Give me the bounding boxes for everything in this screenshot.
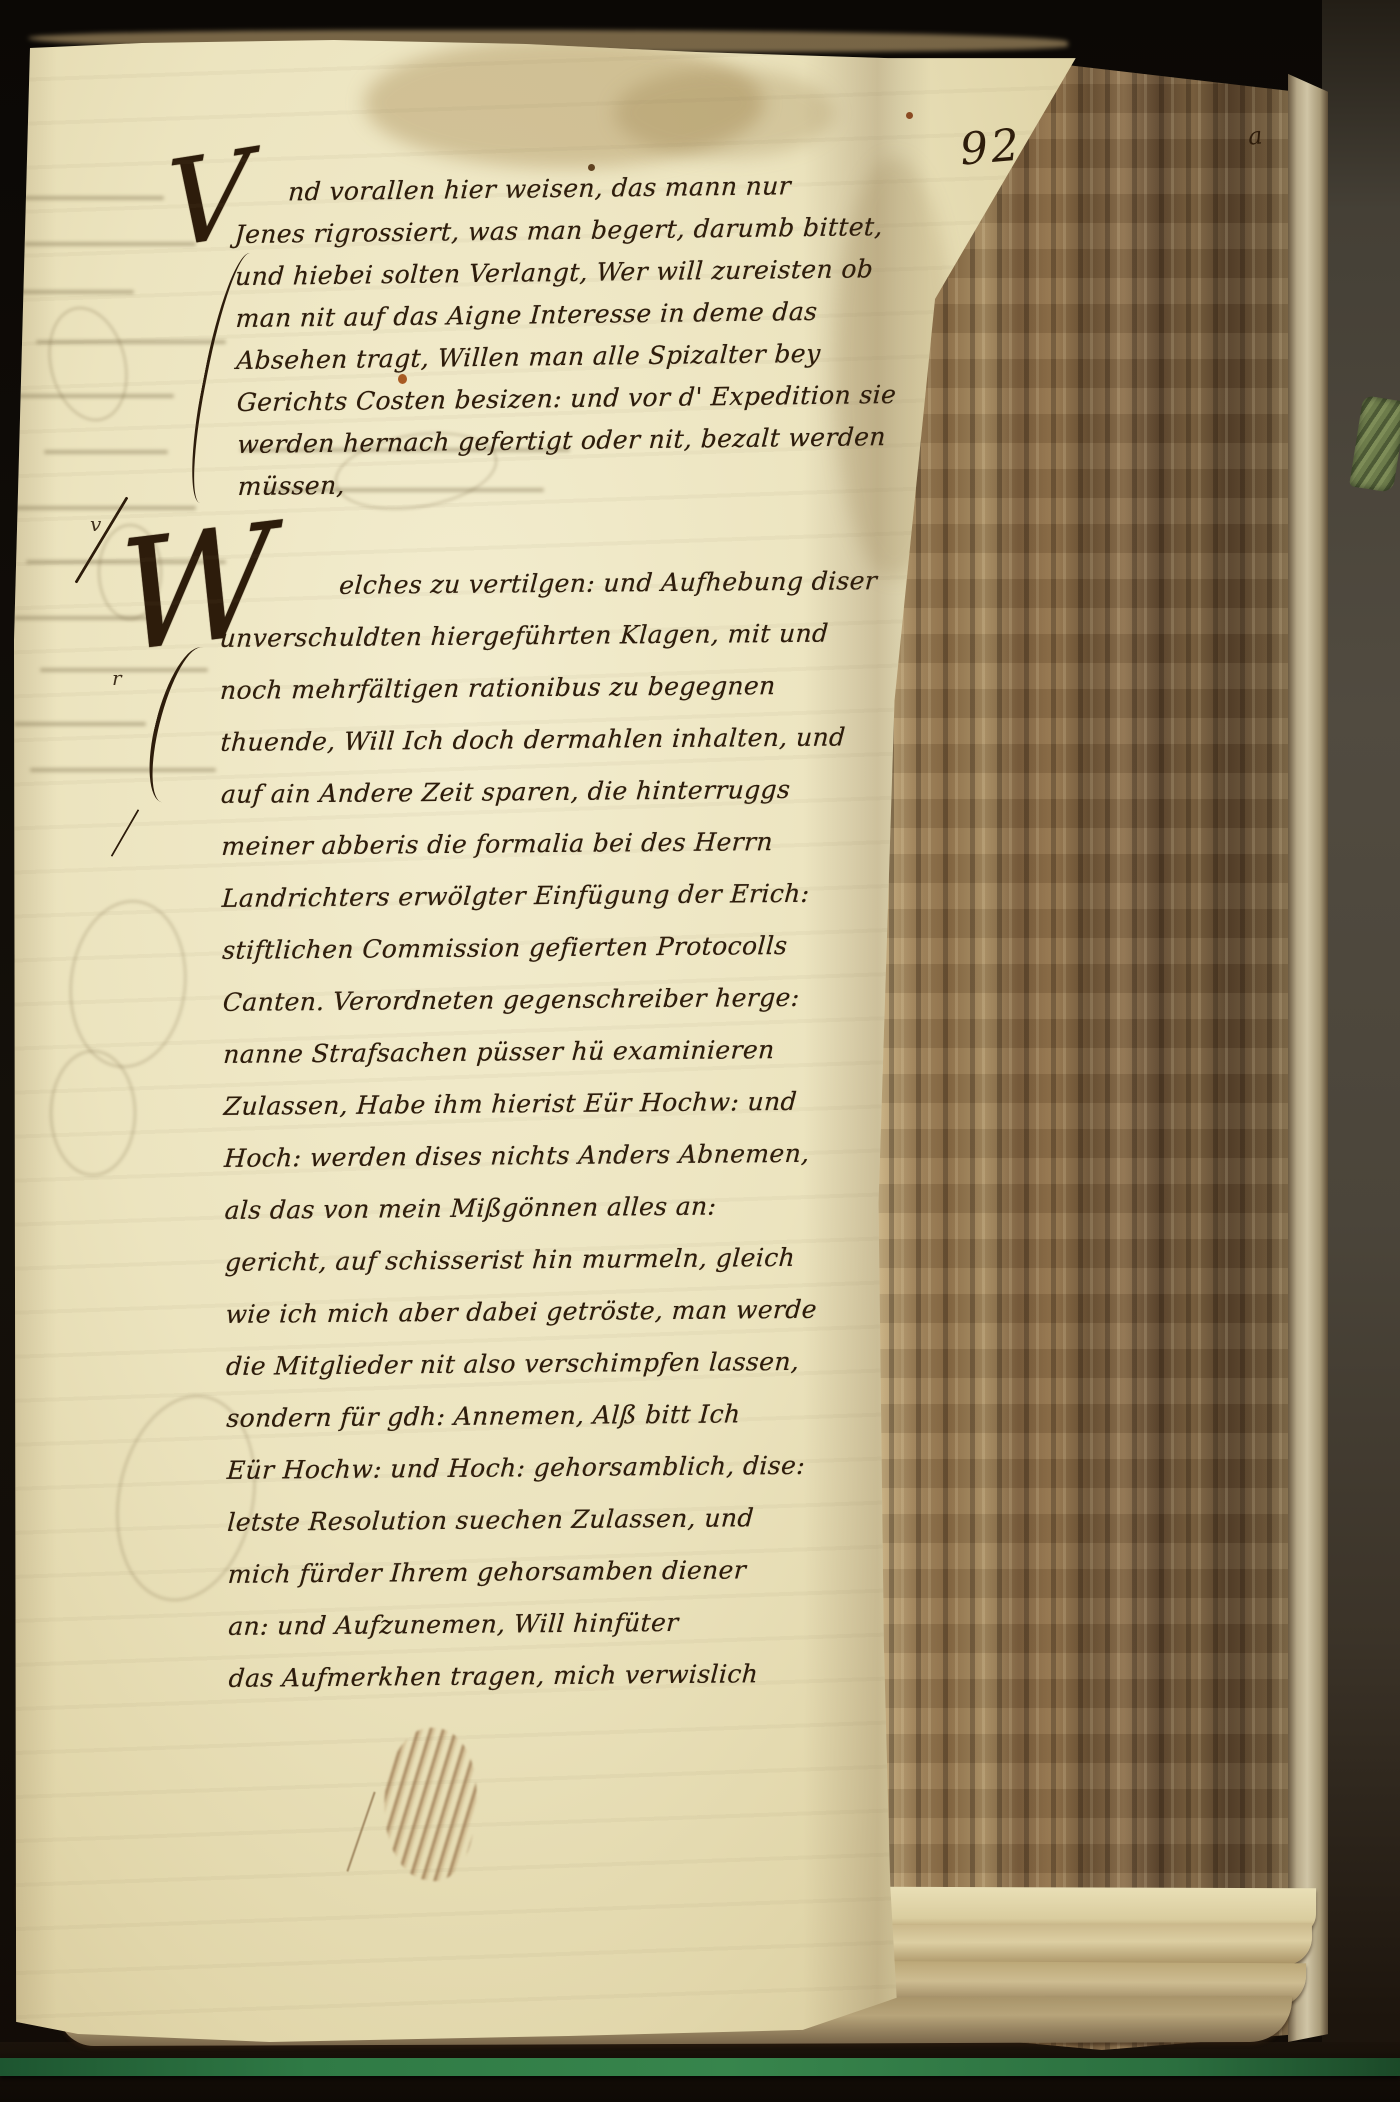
manuscript-line: stiftlichen Commission gefierten Protoco… xyxy=(221,919,882,977)
manuscript-line: elches zu vertilgen: und Aufhebung diser xyxy=(218,555,879,613)
manuscript-line: Canten. Verordneten gegenschreiber herge… xyxy=(221,971,882,1029)
bleedthrough-mark xyxy=(14,616,164,620)
manuscript-line: nanne Strafsachen püsser hü examinieren xyxy=(222,1023,883,1081)
fore-edge-note: a xyxy=(1247,123,1264,148)
bleedthrough-mark xyxy=(240,448,570,452)
paragraph-initial: V xyxy=(165,123,252,276)
manuscript-line: Absehen tragt, Willen man alle Spizalter… xyxy=(235,332,897,382)
green-band xyxy=(0,2058,1400,2076)
manuscript-line: das Aufmerkhen tragen, mich verwislich xyxy=(227,1647,888,1705)
manuscript-line: Jenes rigrossiert, was man begert, darum… xyxy=(234,206,896,256)
manuscript-line: Landrichters erwölgter Einfügung der Eri… xyxy=(220,867,881,925)
bleedthrough-mark xyxy=(24,242,196,246)
manuscript-line: Zulassen, Habe ihm hierist Eür Hochw: un… xyxy=(222,1075,883,1133)
manuscript-line: noch mehrfältigen rationibus zu begegnen xyxy=(219,659,880,717)
paper-stain xyxy=(364,38,764,168)
bleedthrough-mark xyxy=(329,422,503,521)
bleedthrough-mark xyxy=(99,1383,272,1613)
cover-board-edge xyxy=(1288,66,1328,2046)
manuscript-line: thuende, Will Ich doch dermahlen inhalte… xyxy=(219,711,880,769)
bleedthrough-mark xyxy=(36,340,226,344)
bleedthrough-mark xyxy=(40,668,208,672)
ink-smudge xyxy=(375,1723,485,1885)
manuscript-line: sondern für gdh: Annemen, Alß bitt Ich xyxy=(225,1387,886,1445)
manuscript-line: an: und Aufzunemen, Will hinfüter xyxy=(227,1595,888,1653)
manuscript-line: gericht, auf schisserist hin murmeln, gl… xyxy=(224,1231,885,1289)
margin-note: v xyxy=(90,512,101,536)
backdrop-right xyxy=(1322,0,1400,2102)
bleedthrough-mark xyxy=(44,450,168,454)
manuscript-line: die Mitglieder nit also verschimpfen las… xyxy=(224,1335,885,1393)
margin-note: r xyxy=(112,666,122,690)
margin-slash-mark xyxy=(74,496,128,583)
bleedthrough-mark xyxy=(62,894,195,1073)
manuscript-line: man nit auf das Aigne Interesse in deme … xyxy=(235,290,897,340)
bleedthrough-mark xyxy=(14,290,134,294)
bleedthrough-mark xyxy=(26,560,226,564)
initial-flourish-tail xyxy=(180,249,265,506)
manuscript-line: wie ich mich aber dabei getröste, man we… xyxy=(224,1283,885,1341)
bleedthrough-mark xyxy=(30,768,216,772)
bleedthrough-mark xyxy=(14,196,164,200)
paper-speck xyxy=(588,164,595,171)
manuscript-line: mich fürder Ihrem gehorsamben diener xyxy=(226,1543,887,1601)
bleedthrough-mark xyxy=(14,722,146,726)
manuscript-line: unverschuldten hiergeführten Klagen, mit… xyxy=(218,607,879,665)
initial-flourish-tail xyxy=(137,641,218,807)
paper-speck xyxy=(906,112,913,119)
bleedthrough-mark xyxy=(264,488,544,492)
manuscript-line: werden hernach gefertigt oder nit, bezal… xyxy=(236,416,898,466)
bleedthrough-mark xyxy=(14,394,174,398)
bleedthrough-mark xyxy=(14,506,196,510)
paragraph: nd vorallen hier weisen, das mann nurJen… xyxy=(234,164,898,508)
manuscript-line: Hoch: werden dises nichts Anders Abnemen… xyxy=(223,1127,884,1185)
manuscript-line: auf ain Andere Zeit sparen, die hinterru… xyxy=(219,763,880,821)
paper-speck xyxy=(398,374,407,384)
bleedthrough-mark xyxy=(50,1050,136,1176)
manuscript-line: als das von mein Mißgönnen alles an: xyxy=(223,1179,884,1237)
manuscript-line: Eür Hochw: und Hoch: gehorsamblich, dise… xyxy=(225,1439,886,1497)
manuscript-line: nd vorallen hier weisen, das mann nur xyxy=(233,164,895,214)
manuscript-line: letste Resolution suechen Zulassen, und xyxy=(226,1491,887,1549)
manuscript-line: Gerichts Costen besizen: und vor d' Expe… xyxy=(236,374,898,424)
manuscript-line: meiner abberis die formalia bei des Herr… xyxy=(220,815,881,873)
paragraph-initial: W xyxy=(117,490,275,687)
bleedthrough-mark xyxy=(37,299,139,430)
paper-stain xyxy=(614,68,834,158)
manuscript-line: müssen, xyxy=(237,458,899,508)
paragraph: elches zu vertilgen: und Aufhebung diser… xyxy=(219,555,887,1705)
ink-smudge-tail xyxy=(346,1792,377,1873)
bleedthrough-mark xyxy=(98,524,162,620)
manuscript-line: und hiebei solten Verlangt, Wer will zur… xyxy=(234,248,896,298)
margin-slash-mark xyxy=(111,809,140,857)
